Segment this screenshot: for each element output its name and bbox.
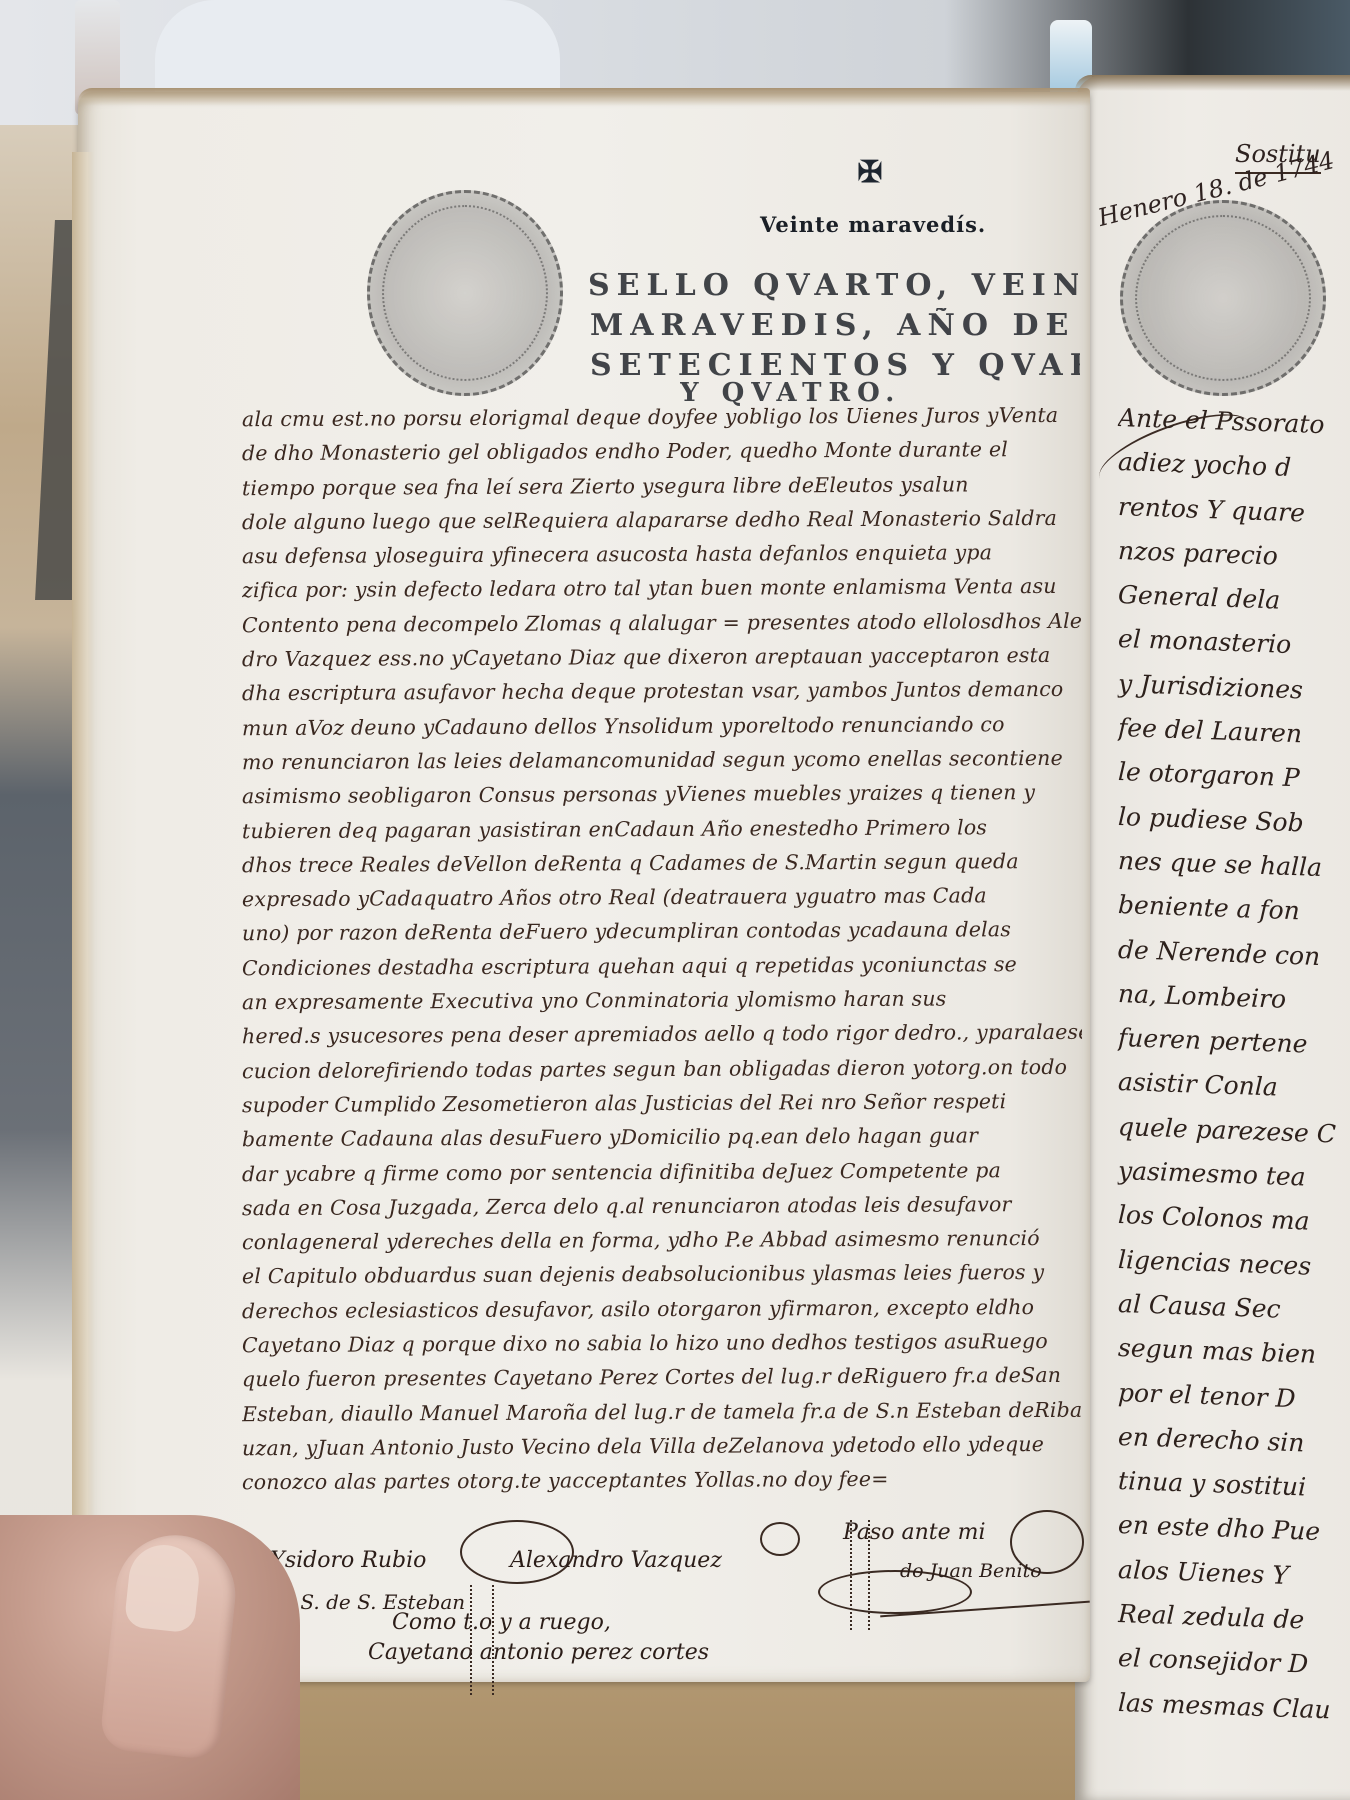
left-page-worn-top-edge bbox=[78, 88, 1090, 106]
signature-rubric-flourish bbox=[760, 1522, 800, 1556]
right-page-worn-edge bbox=[1075, 75, 1350, 91]
right-page-text: Ante el Pssorato adiez yocho d rentos Y … bbox=[1118, 400, 1350, 1729]
manuscript-line: derechos eclesiasticos desufavor, asilo … bbox=[242, 1290, 1082, 1329]
left-page-worn-side-edge bbox=[72, 152, 94, 1632]
manuscript-line: expresado yCadaquatro Años otro Real (de… bbox=[242, 878, 1082, 917]
right-page-seal-stamp bbox=[1120, 200, 1326, 396]
manuscript-line: uzan, yJuan Antonio Justo Vecino dela Vi… bbox=[242, 1427, 1082, 1466]
right-line: asistir Conla bbox=[1117, 1060, 1350, 1112]
signature-notary-paso: Paso ante mi bbox=[843, 1520, 986, 1545]
manuscript-line: dhos trece Reales deVellon deRenta q Cad… bbox=[242, 844, 1082, 883]
manuscript-line: bamente Cadauna alas desuFuero yDomicili… bbox=[242, 1118, 1082, 1157]
signature-notary-name: do Juan Benito bbox=[900, 1560, 1042, 1582]
manuscript-body: ala cmu est.no porsu elorigmal deque doy… bbox=[242, 400, 1082, 1498]
manuscript-line: tiempo porque sea fna leí sera Zierto ys… bbox=[242, 466, 1082, 505]
manuscript-line: Cayetano Diaz q porque dixo no sabia lo … bbox=[242, 1324, 1082, 1363]
left-page-seal-stamp bbox=[367, 190, 563, 396]
manuscript-line: Condiciones destadha escriptura quehan a… bbox=[242, 947, 1082, 986]
signature-witness-arruego: Como t.o y a ruego, bbox=[392, 1610, 611, 1635]
manuscript-line: asu defensa yloseguira yfinecera asucost… bbox=[242, 535, 1082, 574]
manuscript-line: an expresamente Executiva yno Conminator… bbox=[242, 981, 1082, 1020]
manuscript-line: uno) por razon deRenta deFuero ydecumpli… bbox=[242, 912, 1082, 951]
manuscript-line: tubieren deq pagaran yasistiran enCadaun… bbox=[242, 809, 1082, 848]
right-line: en este dho Pue bbox=[1117, 1503, 1350, 1555]
manuscript-line: Contento pena decompelo Zlomas q alaluga… bbox=[242, 604, 1082, 643]
manuscript-line: de dho Monasterio gel obligados endho Po… bbox=[242, 432, 1082, 471]
manuscript-line: cucion delorefiriendo todas partes segun… bbox=[242, 1049, 1082, 1088]
right-line: beniente a fon bbox=[1117, 883, 1350, 935]
manuscript-line: mun aVoz deuno yCadauno dellos Ynsolidum… bbox=[242, 706, 1082, 745]
signature-witness-vazquez: Alexandro Vazquez bbox=[510, 1548, 722, 1573]
right-line: los Colonos ma bbox=[1117, 1193, 1350, 1245]
seal-ring bbox=[1135, 215, 1311, 381]
right-line: le otorgaron P bbox=[1117, 750, 1350, 802]
manuscript-line: el Capitulo obduardus suan dejenis deabs… bbox=[242, 1255, 1082, 1294]
manuscript-line: supoder Cumplido Zesometieron alas Justi… bbox=[242, 1084, 1082, 1123]
right-line: el consejidor D bbox=[1117, 1636, 1350, 1688]
stamp-line: MARAVEDIS, AÑO DE M bbox=[590, 308, 1080, 343]
manuscript-line: dole alguno luego que selRequiera alapar… bbox=[242, 501, 1082, 540]
manuscript-line: conozco alas partes otorg.te yacceptante… bbox=[242, 1461, 1082, 1500]
manuscript-line: conlageneral ydereches della en forma, y… bbox=[242, 1221, 1082, 1260]
right-line: segun mas bien bbox=[1117, 1326, 1350, 1378]
manuscript-line: hered.s ysucesores pena deser apremiados… bbox=[242, 1015, 1082, 1054]
manuscript-line: dro Vazquez ess.no yCayetano Diaz que di… bbox=[242, 638, 1082, 677]
manuscript-line: Esteban, diaullo Manuel Maroña del lug.r… bbox=[242, 1392, 1082, 1431]
seal-ring bbox=[382, 205, 548, 381]
manuscript-line: dha escriptura asufavor hecha deque prot… bbox=[242, 672, 1082, 711]
stamp-denomination: Veinte maravedís. bbox=[760, 212, 986, 237]
right-line: adiez yocho d bbox=[1117, 440, 1350, 492]
right-line: de Nerende con bbox=[1117, 928, 1350, 980]
signature-witness-perez-cortes: Cayetano antonio perez cortes bbox=[368, 1640, 709, 1665]
right-line: ligencias neces bbox=[1117, 1238, 1350, 1290]
manuscript-line: mo renunciaron las leies delamancomunida… bbox=[242, 741, 1082, 780]
manuscript-line: sada en Cosa Juzgada, Zerca delo q.al re… bbox=[242, 1187, 1082, 1226]
cross-emblem-icon: ✠ bbox=[855, 158, 885, 188]
right-line: rentos Y quare bbox=[1117, 485, 1350, 537]
manuscript-line: quelo fueron presentes Cayetano Perez Co… bbox=[242, 1358, 1082, 1397]
stamp-line: SELLO QVARTO, VEIN bbox=[588, 268, 1078, 303]
manuscript-line: zifica por: ysin defecto ledara otro tal… bbox=[242, 569, 1082, 608]
manuscript-line: ala cmu est.no porsu elorigmal deque doy… bbox=[242, 398, 1082, 437]
right-line: las mesmas Clau bbox=[1117, 1681, 1350, 1733]
right-line: por el tenor D bbox=[1117, 1370, 1350, 1422]
manuscript-line: asimismo seobligaron Consus personas yVi… bbox=[242, 775, 1082, 814]
manuscript-line: dar ycabre q firme como por sentencia di… bbox=[242, 1152, 1082, 1191]
right-line: el monasterio bbox=[1117, 617, 1350, 669]
